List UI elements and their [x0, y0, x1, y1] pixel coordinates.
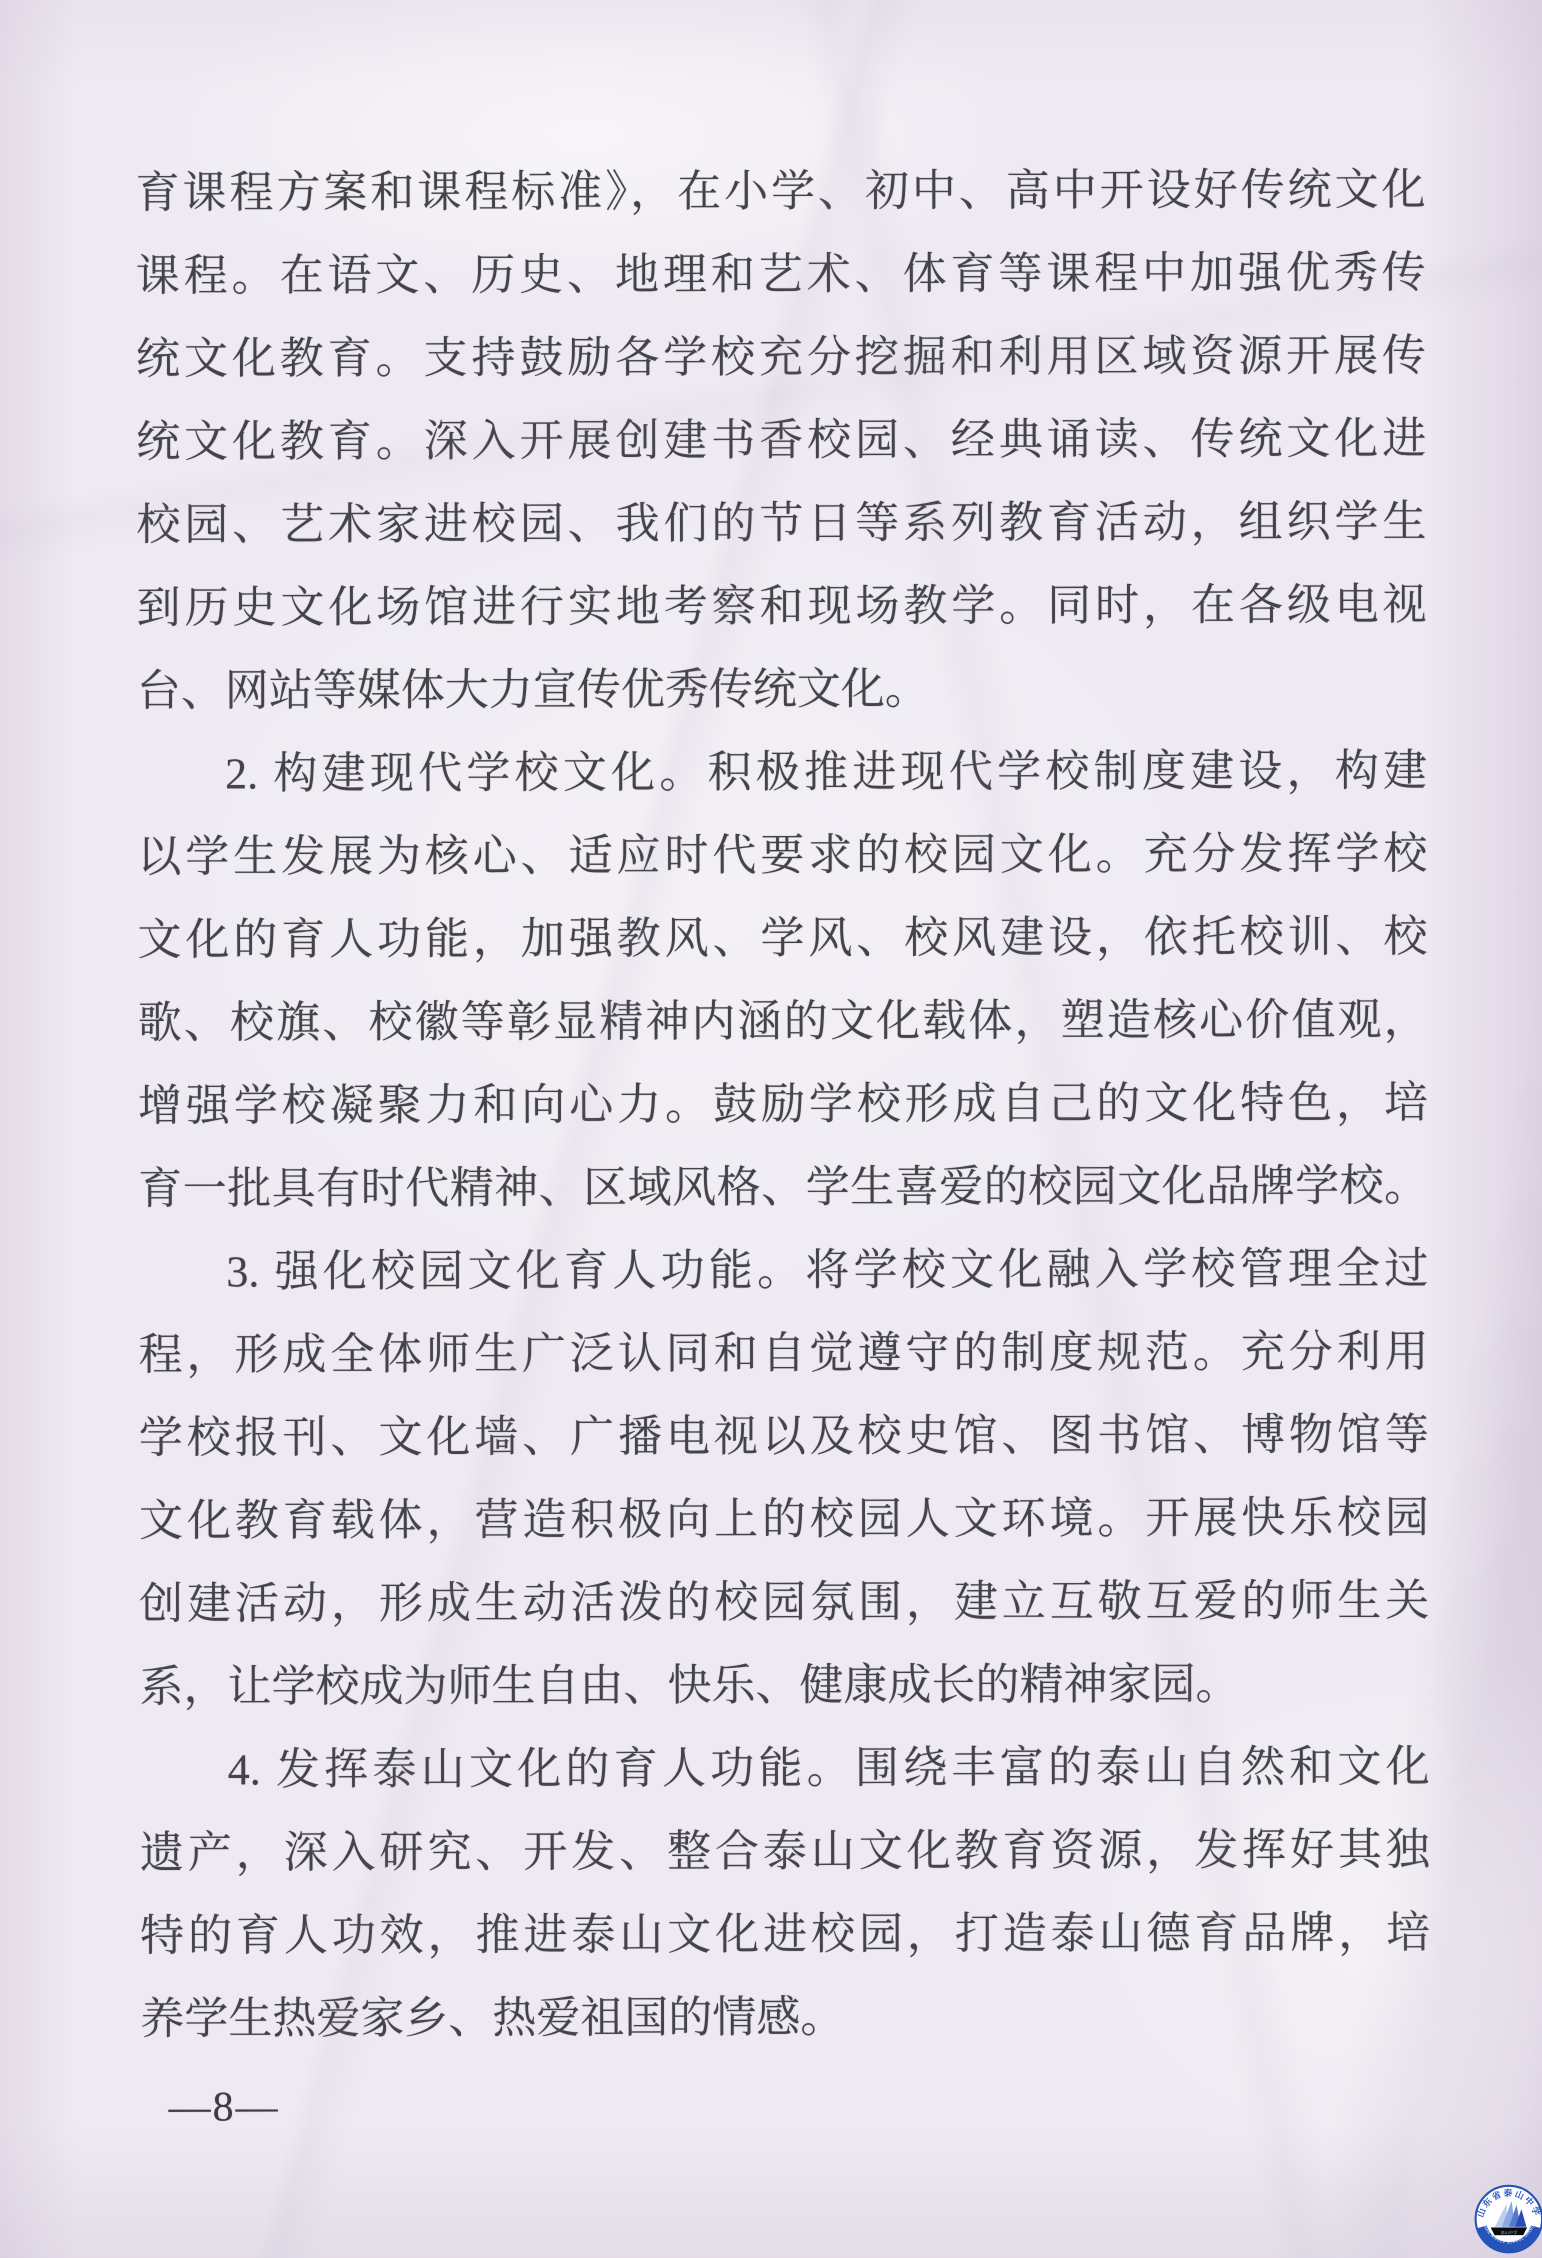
document-body-text: 育课程方案和课程标准》，在小学、初中、高中开设好传统文化课程。在语文、历史、地理… [135, 148, 1430, 2060]
page-number: —8— [168, 2083, 279, 2131]
text-line: 统文化教育。支持鼓励各学校充分挖掘和利用区域资源开展传 [136, 314, 1426, 400]
text-line: 2. 构建现代学校文化。积极推进现代学校制度建设，构建 [137, 729, 1427, 815]
text-line: 特的育人功效，推进泰山文化进校园，打造泰山德育品牌，培 [140, 1891, 1430, 1977]
text-line: 3. 强化校园文化育人功能。将学校文化融入学校管理全过 [138, 1227, 1428, 1313]
text-line: 到历史文化场馆进行实地考察和现场教学。同时，在各级电视 [137, 563, 1427, 649]
text-line: 增强学校凝聚力和向心力。鼓励学校形成自己的文化特色，培 [138, 1061, 1428, 1147]
text-line: 4. 发挥泰山文化的育人功能。围绕丰富的泰山自然和文化 [140, 1725, 1430, 1811]
text-line: 统文化教育。深入开展创建书香校园、经典诵读、传统文化进 [136, 397, 1426, 483]
scanned-page: 育课程方案和课程标准》，在小学、初中、高中开设好传统文化课程。在语文、历史、地理… [0, 0, 1542, 2258]
text-line: 育一批具有时代精神、区域风格、学生喜爱的校园文化品牌学校。 [138, 1144, 1428, 1230]
text-line: 歌、校旗、校徽等彰显精神内涵的文化载体，塑造核心价值观， [138, 978, 1428, 1064]
text-line: 遗产，深入研究、开发、整合泰山文化教育资源，发挥好其独 [140, 1808, 1430, 1894]
text-line: 课程。在语文、历史、地理和艺术、体育等课程中加强优秀传 [136, 231, 1426, 317]
text-line: 系，让学校成为师生自由、快乐、健康成长的精神家园。 [139, 1642, 1429, 1728]
text-line: 程，形成全体师生广泛认同和自觉遵守的制度规范。充分利用 [138, 1310, 1428, 1396]
text-line: 育课程方案和课程标准》，在小学、初中、高中开设好传统文化 [135, 148, 1425, 234]
text-line: 学校报刊、文化墙、广播电视以及校史馆、图书馆、博物馆等 [139, 1393, 1429, 1479]
school-seal-stamp: 山东省泰山中学 TAI SHAN MIDDLE SCHOOL SHANDONG … [1474, 2184, 1542, 2254]
text-line: 养学生热爱家乡、热爱祖国的情感。 [140, 1974, 1430, 2060]
text-line: 创建活动，形成生动活泼的校园氛围，建立互敬互爱的师生关 [139, 1559, 1429, 1645]
text-line: 文化教育载体，营造积极向上的校园人文环境。开展快乐校园 [139, 1476, 1429, 1562]
seal-base-caption: 泰山中学 [1500, 2229, 1518, 2236]
text-line: 以学生发展为核心、适应时代要求的校园文化。充分发挥学校 [137, 812, 1427, 898]
text-line: 校园、艺术家进校园、我们的节日等系列教育活动，组织学生 [136, 480, 1426, 566]
text-line: 文化的育人功能，加强教风、学风、校风建设，依托校训、校 [137, 895, 1427, 981]
text-line: 台、网站等媒体大力宣传优秀传统文化。 [137, 646, 1427, 732]
